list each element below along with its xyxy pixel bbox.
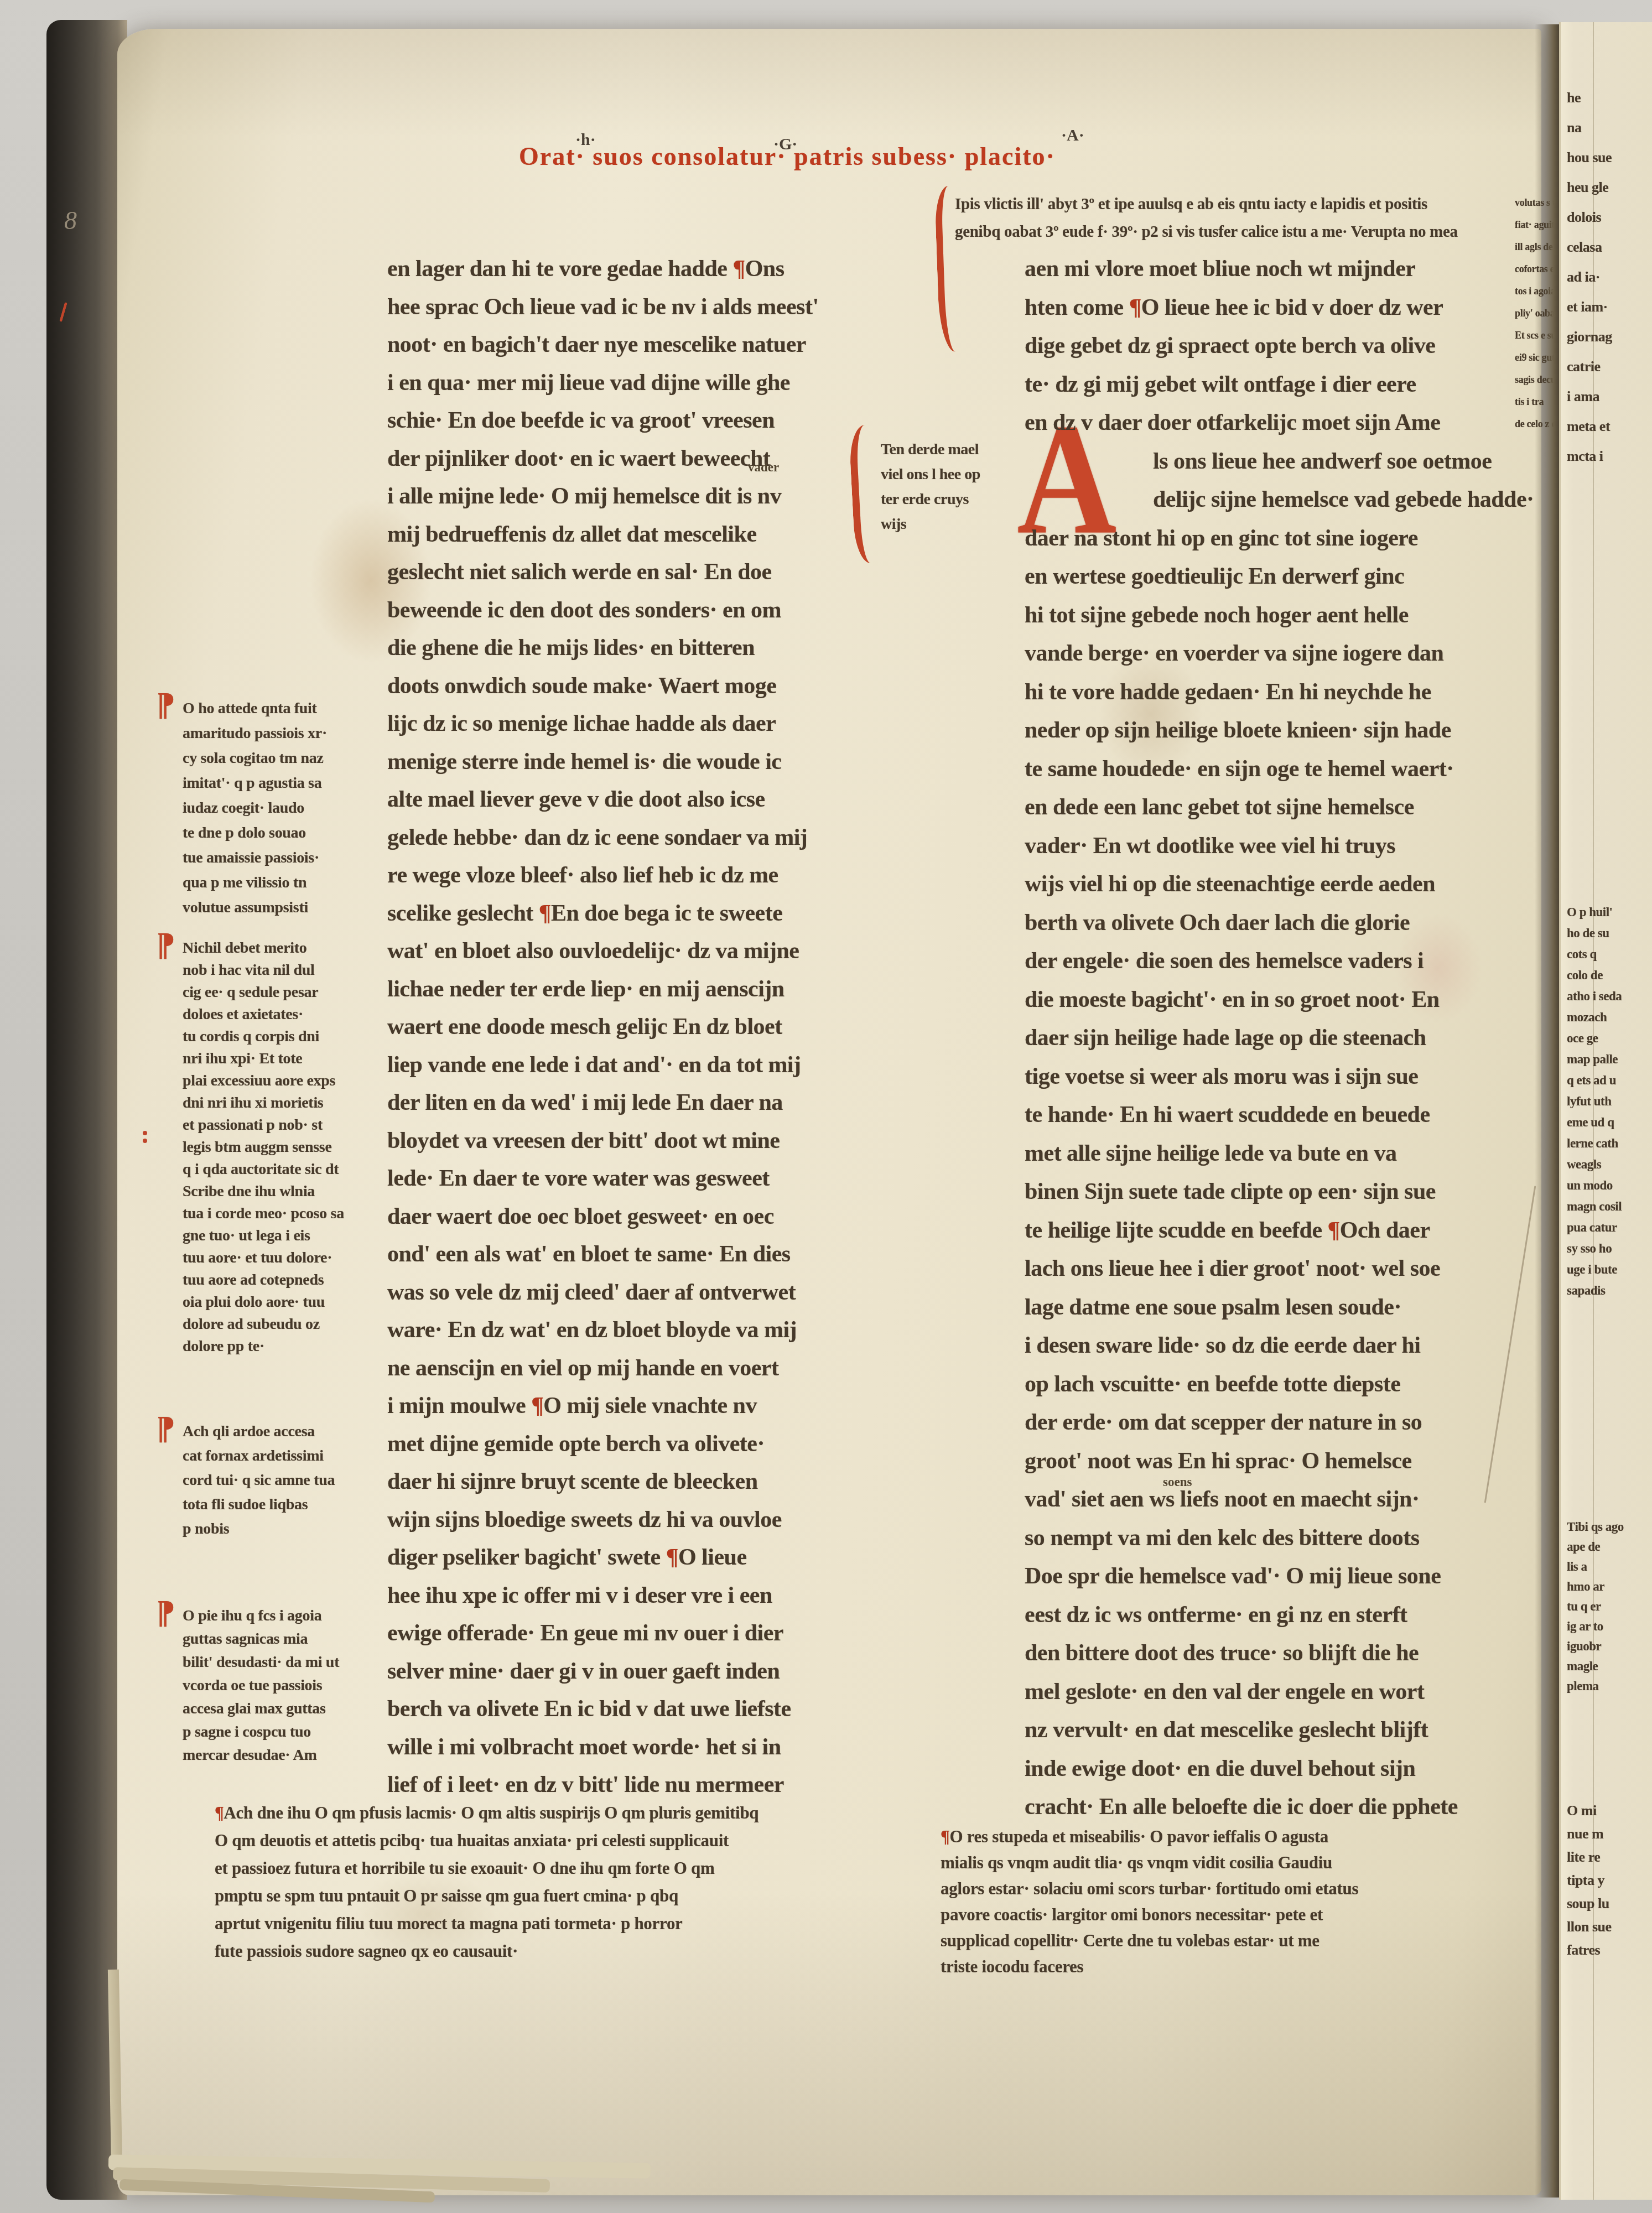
- text-line: sy sso ho: [1567, 1238, 1651, 1259]
- text-line: inde ewige doot· en die duvel behout sij…: [1025, 1750, 1556, 1789]
- text-line: ne aenscijn en viel op mij hande en voer…: [387, 1349, 929, 1388]
- text-line: menige sterre inde hemel is· die woude i…: [387, 743, 929, 781]
- text-line: cracht· En alle beloefte die ic doer die…: [1025, 1788, 1556, 1827]
- text-line: he: [1567, 83, 1651, 113]
- text-line: aprtut vnigenitu filiu tuu morect ta mag…: [215, 1910, 759, 1937]
- text-line: tige voetse si weer als moru was i sijn …: [1025, 1058, 1556, 1097]
- text-line: lite re: [1567, 1846, 1651, 1869]
- text-line: O p huil': [1567, 902, 1651, 923]
- text-line: soup lu: [1567, 1892, 1651, 1915]
- text-line: qua p me vilissio tn: [183, 870, 404, 895]
- text-line: giornag: [1567, 322, 1651, 352]
- text-line: et passionati p nob· st: [183, 1114, 404, 1136]
- text-line: cord tui· q sic amne tua: [183, 1468, 404, 1493]
- left-text-column: en lager dan hi te vore gedae hadde ¶Ons…: [387, 250, 929, 1804]
- text-line: met dijne gemide opte berch va olivete·: [387, 1425, 929, 1463]
- text-line: catrie: [1567, 352, 1651, 382]
- text-line: p nobis: [183, 1517, 404, 1541]
- text-line: vad' siet aen ws liefs noot en maecht si…: [1025, 1480, 1556, 1519]
- text-line: lyfut uth: [1567, 1091, 1651, 1112]
- text-line: tipta y: [1567, 1869, 1651, 1892]
- text-line: selver mine· daer gi v in ouer gaeft ind…: [387, 1653, 929, 1691]
- text-line: plema: [1567, 1676, 1651, 1696]
- text-line: tuu aore ad cotepneds: [183, 1269, 404, 1291]
- text-line: mozach: [1567, 1007, 1651, 1028]
- text-line: die moeste bagicht'· en in so groet noot…: [1025, 981, 1556, 1020]
- text-line: daer waert doe oec bloet gesweet· en oec: [387, 1198, 929, 1236]
- text-line: iguobr: [1567, 1637, 1651, 1656]
- text-line: iudaz coegit· laudo: [183, 796, 404, 820]
- text-line: der engele· die soen des hemelsce vaders…: [1025, 942, 1556, 981]
- text-line: delijc sijne hemelsce vad gebede hadde·: [1153, 481, 1556, 520]
- text-line: llon sue: [1567, 1915, 1651, 1939]
- text-line: na: [1567, 113, 1651, 143]
- text-line: O ho attede qnta fuit: [183, 696, 404, 721]
- text-line: Ipis vlictis ill' abyt 3º et ipe auulsq …: [955, 190, 1458, 218]
- text-line: guttas sagnicas mia: [183, 1628, 404, 1651]
- left-margin-note-2: ¶Nichil debet meritonob i hac vita nil d…: [183, 937, 404, 1358]
- text-line: dolore ad subeudu oz: [183, 1313, 404, 1336]
- running-title: Orat· suos consolatur· patris subess· pl…: [519, 142, 1056, 171]
- text-line: i desen sware lide· so dz die eerde daer…: [1025, 1327, 1556, 1365]
- text-line: Scribe dne ihu wlnia: [183, 1181, 404, 1203]
- text-line: hi te vore hadde gedaen· En hi neychde h…: [1025, 673, 1556, 712]
- text-line: lief of i leet· en dz v bitt' lide nu me…: [387, 1766, 929, 1804]
- text-line: neder op sijn heilige bloete knieen· sij…: [1025, 711, 1556, 750]
- text-line: ho de su: [1567, 923, 1651, 944]
- text-line: te same houdede· en sijn oge te hemel wa…: [1025, 750, 1556, 789]
- text-line: beweende ic den doot des sonders· en om: [387, 591, 929, 630]
- text-line: ls ons lieue hee andwerf soe oetmoe: [1153, 443, 1556, 481]
- text-line: der erde· om dat scepper der nature in s…: [1025, 1404, 1556, 1442]
- text-line: lijc dz ic so menige lichae hadde als da…: [387, 705, 929, 743]
- text-line: diger pseliker bagicht' swete ¶O lieue: [387, 1539, 929, 1577]
- text-line: oia plui dolo aore· tuu: [183, 1291, 404, 1313]
- text-line: magn cosil: [1567, 1196, 1651, 1217]
- text-line: wijn sijns bloedige sweets dz hi va ouvl…: [387, 1501, 929, 1539]
- text-line: so nempt va mi den kelc des bittere doot…: [1025, 1519, 1556, 1558]
- text-line: mel geslote· en den val der engele en wo…: [1025, 1673, 1556, 1712]
- interlinear-gloss-vader: vader: [748, 460, 779, 475]
- text-line: gelede hebbe· dan dz ic eene sondaer va …: [387, 819, 929, 857]
- text-line: schie· En doe beefde ic va groot' vreese…: [387, 402, 929, 440]
- text-line: Ach qli ardoe accesa: [183, 1420, 404, 1444]
- text-line: sapadis: [1567, 1280, 1651, 1301]
- manuscript-photo: ·h· ·G· ·A· Orat· suos consolatur· patri…: [0, 0, 1652, 2213]
- text-line: hmo ar: [1567, 1577, 1651, 1597]
- text-line: en dede een lanc gebet tot sijne hemelsc…: [1025, 788, 1556, 827]
- text-line: accesa glai max guttas: [183, 1697, 404, 1721]
- text-line: pua catur: [1567, 1217, 1651, 1238]
- text-line: re wege vloze bleef· also lief heb ic dz…: [387, 856, 929, 895]
- text-line: legis btm auggm sensse: [183, 1136, 404, 1159]
- text-line: bilit' desudasti· da mi ut: [183, 1651, 404, 1674]
- paragraph-mark-icon: ¶: [157, 1415, 175, 1440]
- text-line: i alle mijne lede· O mij hemelsce dit is…: [387, 477, 929, 516]
- text-line: hee sprac Och lieue vad ic be nv i alds …: [387, 288, 929, 326]
- facing-page-fragments-4: O minue mlite retipta ysoup lullon suefa…: [1567, 1799, 1651, 1962]
- text-line: et iam·: [1567, 292, 1651, 322]
- text-line: fatres: [1567, 1939, 1651, 1962]
- text-line: volutue assumpsisti: [183, 895, 404, 920]
- facing-page-fragments-1: henahou sueheu gledoloiscelasaad ia·et i…: [1567, 83, 1651, 471]
- text-line: i en qua· mer mij lieue vad dijne wille …: [387, 364, 929, 402]
- text-line: vader· En wt dootlike wee viel hi truys: [1025, 827, 1556, 866]
- text-line: wille i mi volbracht moet worde· het si …: [387, 1728, 929, 1767]
- text-line: imitat'· q p agustia sa: [183, 771, 404, 796]
- text-line: berch va olivete En ic bid v dat uwe lie…: [387, 1690, 929, 1728]
- right-latin-gloss: Ipis vlictis ill' abyt 3º et ipe auulsq …: [955, 190, 1458, 246]
- text-line: groot' noot was En hi sprac· O hemelsce: [1025, 1442, 1556, 1481]
- text-line: lis a: [1567, 1557, 1651, 1577]
- text-line: aglors estar· solaciu omi scors turbar· …: [941, 1876, 1358, 1902]
- text-line: oce ge: [1567, 1028, 1651, 1049]
- facing-page-fragments-2: O p huil'ho de sucots qcolo deatho i sed…: [1567, 902, 1651, 1301]
- text-line: nob i hac vita nil dul: [183, 959, 404, 981]
- text-line: lage datme ene soue psalm lesen soude·: [1025, 1289, 1556, 1327]
- left-margin-note-4: ¶O pie ihu q fcs i agoiaguttas sagnicas …: [183, 1604, 404, 1767]
- text-line: ad ia·: [1567, 262, 1651, 292]
- text-line: Doe spr die hemelsce vad'· O mij lieue s…: [1025, 1557, 1556, 1596]
- text-line: magle: [1567, 1656, 1651, 1676]
- text-line: plai excessiuu aore exps: [183, 1070, 404, 1092]
- text-line: lede· En daer te vore water was gesweet: [387, 1160, 929, 1198]
- text-line: ter erde cruys: [881, 487, 1030, 512]
- text-line: cig ee· q sedule pesar: [183, 981, 404, 1004]
- text-line: celasa: [1567, 232, 1651, 262]
- text-line: daer hi sijnre bruyt scente de bleecken: [387, 1463, 929, 1501]
- text-line: eme ud q: [1567, 1112, 1651, 1133]
- right-text-column: aen mi vlore moet bliue noch wt mijnderh…: [1025, 250, 1556, 1827]
- text-line: mij bedrueffenis dz allet dat mescelike: [387, 516, 929, 554]
- text-line: tua i corde meo· pcoso sa: [183, 1203, 404, 1225]
- text-line: lerne cath: [1567, 1133, 1651, 1154]
- text-line: liep vande ene lede i dat and'· en da to…: [387, 1046, 929, 1084]
- text-line: wijs: [881, 512, 1030, 537]
- text-line: op lach vscuitte· en beefde totte diepst…: [1025, 1365, 1556, 1404]
- text-line: cy sola cogitao tm naz: [183, 746, 404, 771]
- text-line: ond' een als wat' en bloet te same· En d…: [387, 1235, 929, 1274]
- text-line: dige gebet dz gi spraect opte berch va o…: [1025, 327, 1556, 366]
- text-line: ewige offerade· En geue mi nv ouer i die…: [387, 1614, 929, 1653]
- text-line: dni nri ihu xi morietis: [183, 1092, 404, 1114]
- gutter-crease: [1535, 24, 1559, 2198]
- text-line: uge i bute: [1567, 1259, 1651, 1280]
- text-line: vande berge· en voerder va sijne iogere …: [1025, 635, 1556, 673]
- text-line: met alle sijne heilige lede va bute en v…: [1025, 1135, 1556, 1173]
- text-line: te· dz gi mij gebet wilt ontfage i dier …: [1025, 366, 1556, 404]
- left-latin-block: ¶Ach dne ihu O qm pfusis lacmis· O qm al…: [215, 1799, 759, 1965]
- text-line: en wertese goedtieulijc En derwerf ginc: [1025, 558, 1556, 596]
- text-line: dolois: [1567, 202, 1651, 232]
- text-line: te hande· En hi waert scuddede en beuede: [1025, 1096, 1556, 1135]
- text-line: dolore pp te·: [183, 1336, 404, 1358]
- text-line: q ets ad u: [1567, 1070, 1651, 1091]
- text-line: nri ihu xpi· Et tote: [183, 1048, 404, 1070]
- text-line: nue m: [1567, 1822, 1651, 1846]
- text-line: cat fornax ardetissimi: [183, 1444, 404, 1468]
- text-line: doloes et axietates·: [183, 1004, 404, 1026]
- text-line: O pie ihu q fcs i agoia: [183, 1604, 404, 1628]
- text-line: meta et: [1567, 412, 1651, 441]
- text-line: mercar desudae· Am: [183, 1744, 404, 1767]
- left-margin-note-3: ¶Ach qli ardoe accesacat fornax ardetiss…: [183, 1420, 404, 1541]
- text-line: ig ar to: [1567, 1617, 1651, 1637]
- text-line: triste iocodu faceres: [941, 1954, 1358, 1980]
- text-line: wat' en bloet also ouvloedelijc· dz va m…: [387, 932, 929, 970]
- text-line: en dz v daer doer otfarkelijc moet sijn …: [1025, 404, 1556, 443]
- paragraph-mark-icon: ¶: [157, 1600, 175, 1623]
- text-line: Nichil debet merito: [183, 937, 404, 959]
- gutter-note: Ten derde maelviel ons l hee opter erde …: [881, 437, 1030, 537]
- text-line: vcorda oe tue passiois: [183, 1674, 404, 1697]
- text-line: lach ons lieue hee i dier groot' noot· w…: [1025, 1250, 1556, 1289]
- text-line: doots onwdich soude make· Waert moge: [387, 667, 929, 705]
- text-line: scelike geslecht ¶En doe bega ic te swee…: [387, 895, 929, 933]
- red-margin-mark: [143, 1131, 147, 1135]
- book-spine: [46, 20, 127, 2200]
- text-line: geslecht niet salich werde en sal· En do…: [387, 553, 929, 591]
- text-line: was so vele dz mij cleed' daer af ontver…: [387, 1274, 929, 1312]
- facing-page-fragments-3: Tibi qs agoape delis ahmo artu q erig ar…: [1567, 1517, 1651, 1696]
- text-line: tuu aore· et tuu dolore·: [183, 1247, 404, 1269]
- text-line: map palle: [1567, 1049, 1651, 1070]
- text-line: en lager dan hi te vore gedae hadde ¶Ons: [387, 250, 929, 288]
- text-line: der liten en da wed' i mij lede En daer …: [387, 1084, 929, 1122]
- left-margin-note-1: ¶O ho attede qnta fuitamaritudo passiois…: [183, 696, 404, 920]
- text-line: O qm deuotis et attetis pcibq· tua huait…: [215, 1827, 759, 1854]
- text-line: i ama: [1567, 382, 1651, 412]
- text-line: ¶O res stupeda et miseabilis· O pavor ie…: [941, 1824, 1358, 1850]
- text-line: viel ons l hee op: [881, 462, 1030, 487]
- text-line: die ghene die he mijs lides· en bitteren: [387, 629, 929, 667]
- text-line: der pijnliker doot· en ic waert beweecht: [387, 440, 929, 478]
- text-line: tu cordis q corpis dni: [183, 1026, 404, 1048]
- text-line: tue amaissie passiois·: [183, 845, 404, 870]
- text-line: ware· En dz wat' en dz bloet bloyde va m…: [387, 1311, 929, 1349]
- text-line: pmptu se spm tuu pntauit O pr saisse qm …: [215, 1882, 759, 1910]
- folio-mark: 8: [64, 206, 77, 235]
- text-line: weagls: [1567, 1154, 1651, 1175]
- right-latin-block: ¶O res stupeda et miseabilis· O pavor ie…: [941, 1824, 1358, 1980]
- text-line: daer sijn heilige hade lage op die steen…: [1025, 1019, 1556, 1058]
- text-line: genibq oabat 3º eude f· 39º· p2 si vis t…: [955, 218, 1458, 246]
- text-line: nz vervult· en dat mescelike geslecht bl…: [1025, 1711, 1556, 1750]
- text-line: pavore coactis· largitor omi bonors nece…: [941, 1902, 1358, 1928]
- text-line: aen mi vlore moet bliue noch wt mijnder: [1025, 250, 1556, 289]
- running-mark-a: ·A·: [1061, 126, 1084, 145]
- text-line: alte mael liever geve v die doot also ic…: [387, 781, 929, 819]
- text-line: atho i seda: [1567, 986, 1651, 1007]
- text-line: ape de: [1567, 1537, 1651, 1557]
- text-line: supplicad copellitr· Certe dne tu voleba…: [941, 1928, 1358, 1954]
- text-line: hou sue: [1567, 143, 1651, 173]
- text-line: i mijn moulwe ¶O mij siele vnachte nv: [387, 1387, 929, 1425]
- paragraph-mark-icon: ¶: [157, 692, 175, 716]
- text-line: te heilige lijte scudde en beefde ¶Och d…: [1025, 1212, 1556, 1250]
- text-line: daer na stont hi op en ginc tot sine iog…: [1025, 520, 1556, 558]
- text-line: tu q er: [1567, 1597, 1651, 1617]
- text-line: binen Sijn suete tade clipte op een· sij…: [1025, 1173, 1556, 1212]
- text-line: un modo: [1567, 1175, 1651, 1196]
- text-line: waert ene doode mesch gelijc En dz bloet: [387, 1008, 929, 1046]
- text-line: q i qda auctoritate sic dt: [183, 1159, 404, 1181]
- interlinear-gloss-soens: soens: [1163, 1475, 1192, 1489]
- text-line: et passioez futura et horribile tu sie e…: [215, 1854, 759, 1882]
- text-line: mialis qs vnqm audit tlia· qs vnqm vidit…: [941, 1850, 1358, 1876]
- text-line: tota fli sudoe liqbas: [183, 1493, 404, 1517]
- text-line: cots q: [1567, 944, 1651, 965]
- text-line: lichae neder ter erde liep· en mij aensc…: [387, 970, 929, 1009]
- text-line: eest dz ic ws ontferme· en gi nz en ster…: [1025, 1596, 1556, 1635]
- text-line: hee ihu xpe ic offer mi v i deser vre i …: [387, 1577, 929, 1615]
- text-line: gne tuo· ut lega i eis: [183, 1225, 404, 1247]
- text-line: noot· en bagich't daer nye mescelike nat…: [387, 326, 929, 364]
- text-line: heu gle: [1567, 173, 1651, 202]
- text-line: Tibi qs ago: [1567, 1517, 1651, 1537]
- text-line: mcta i: [1567, 441, 1651, 471]
- text-line: wijs viel hi op die steenachtige eerde a…: [1025, 865, 1556, 904]
- text-line: ¶Ach dne ihu O qm pfusis lacmis· O qm al…: [215, 1799, 759, 1827]
- text-line: bloydet va vreesen der bitt' doot wt min…: [387, 1122, 929, 1160]
- text-line: p sagne i cospcu tuo: [183, 1721, 404, 1744]
- text-line: fute passiois sudore sagneo qx eo causau…: [215, 1937, 759, 1965]
- text-line: colo de: [1567, 965, 1651, 986]
- text-line: amaritudo passiois xr·: [183, 721, 404, 746]
- text-line: hten come ¶O lieue hee ic bid v doer dz …: [1025, 289, 1556, 328]
- text-line: te dne p dolo souao: [183, 820, 404, 845]
- text-line: den bittere doot des truce· so blijft di…: [1025, 1634, 1556, 1673]
- text-line: O mi: [1567, 1799, 1651, 1822]
- paragraph-mark-icon: ¶: [157, 933, 175, 955]
- text-line: berth va olivete Och daer lach die glori…: [1025, 904, 1556, 943]
- text-line: Ten derde mael: [881, 437, 1030, 462]
- text-line: hi tot sijne gebede noch hoger aent hell…: [1025, 596, 1556, 635]
